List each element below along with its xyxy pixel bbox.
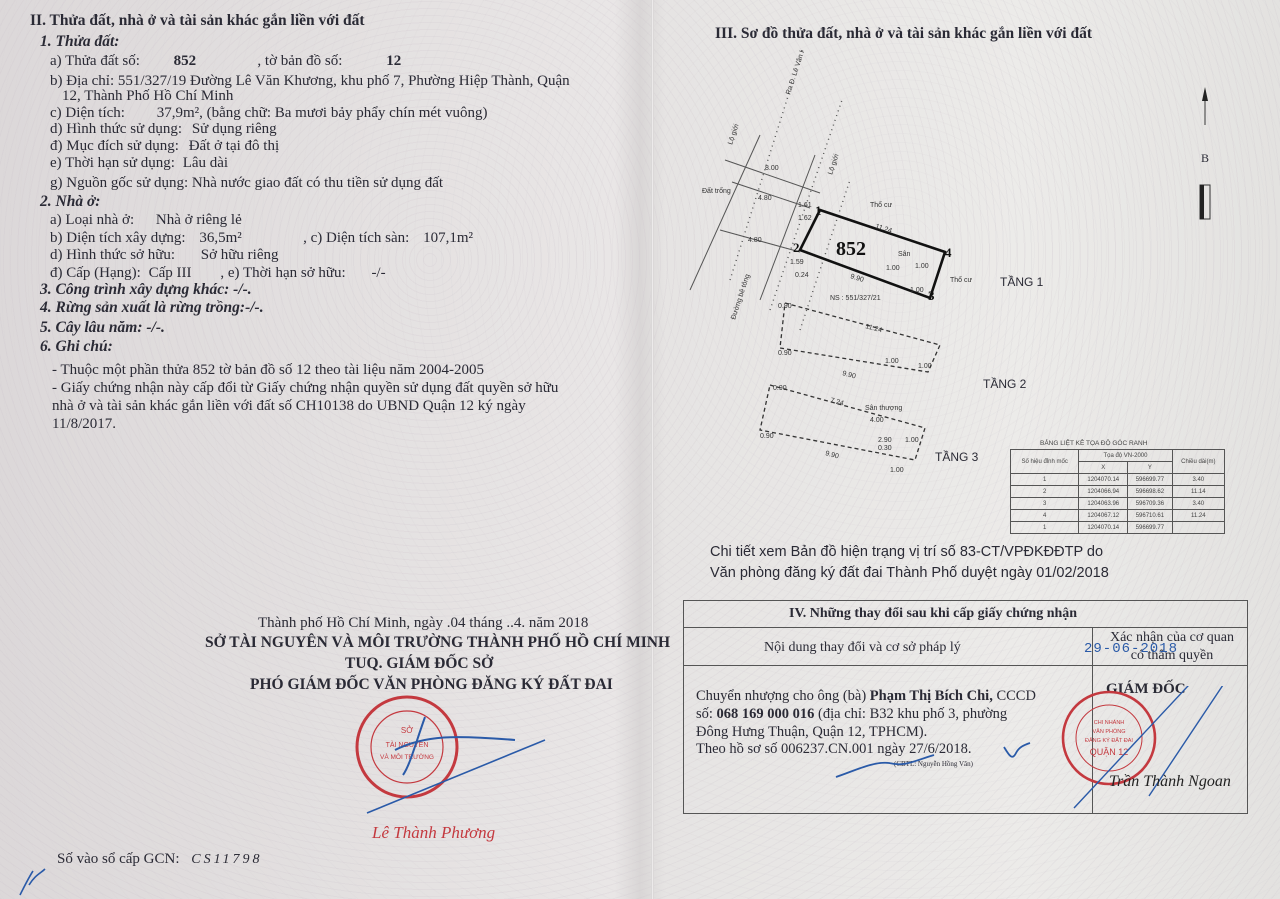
area-label: c) Diện tích: [50, 105, 125, 121]
note-1: - Thuộc một phần thửa 852 tờ bản đồ số 1… [52, 361, 484, 379]
note-2-line1: - Giấy chứng nhận này cấp đổi từ Giấy ch… [52, 379, 558, 397]
coord-x: 1204067.12 [1079, 510, 1128, 522]
svg-text:Đường bê tông: Đường bê tông [730, 273, 751, 320]
coord-length: 11.24 [1172, 510, 1224, 522]
svg-text:SỞ: SỞ [401, 726, 413, 735]
map-sheet-label: , tờ bản đồ số: [257, 53, 342, 69]
build-area-row: b) Diện tích xây dựng: 36,5m² , c) Diện … [50, 229, 473, 247]
col-coord: Tọa độ VN-2000 [1079, 450, 1172, 462]
coord-x: 1204070.14 [1079, 522, 1128, 534]
address-line2: 12, Thành Phố Hồ Chí Minh [62, 87, 233, 105]
svg-text:0.90: 0.90 [773, 385, 787, 392]
coord-length: 3.40 [1172, 498, 1224, 510]
use-purpose-value: Đất ở tại đô thị [189, 138, 279, 154]
build-area-value: 36,5m² [199, 229, 299, 247]
official-stamp-left: SỞ TÀI NGUYÊN VÀ MÔI TRƯỜNG [355, 695, 555, 840]
svg-text:Sân: Sân [898, 251, 911, 258]
coord-point: 4 [1011, 510, 1079, 522]
house-type-value: Nhà ở riêng lẻ [156, 212, 242, 228]
initial-mark [15, 865, 55, 899]
svg-text:1.00: 1.00 [910, 287, 924, 294]
entry-post: CCCD [993, 688, 1036, 704]
svg-text:1.00: 1.00 [905, 437, 919, 444]
floor-area-label: , c) Diện tích sàn: [303, 230, 409, 246]
ownership-row: d) Hình thức sở hữu: Sở hữu riêng [50, 246, 279, 264]
perennial-trees: 5. Cây lâu năm: -/-. [40, 319, 165, 337]
coord-x: 1204063.96 [1079, 498, 1128, 510]
svg-text:7.24: 7.24 [829, 397, 844, 407]
use-origin-row: g) Nguồn gốc sử dụng: Nhà nước giao đất … [50, 174, 443, 192]
coord-table-title: BẢNG LIỆT KÊ TỌA ĐỘ GÓC RANH [1040, 440, 1147, 447]
svg-text:2: 2 [793, 240, 800, 255]
confirm-date: 29-06-2018 [1084, 641, 1178, 657]
svg-text:4: 4 [945, 245, 952, 260]
svg-text:11.24: 11.24 [864, 323, 882, 334]
ownership-label: d) Hình thức sở hữu: [50, 247, 175, 263]
svg-text:VĂN PHÒNG: VĂN PHÒNG [1092, 728, 1125, 735]
land-heading: 1. Thửa đất: [40, 33, 119, 51]
svg-text:4.80: 4.80 [758, 195, 772, 202]
coord-y: 596710.61 [1128, 510, 1172, 522]
col-y: Y [1128, 462, 1172, 474]
other-construction: 3. Công trình xây dựng khác: -/-. [40, 281, 252, 299]
entry-pre: Chuyển nhượng cho ông (bà) [696, 688, 870, 704]
use-term-value: Lâu dài [183, 155, 228, 171]
svg-text:0.90: 0.90 [760, 433, 774, 440]
use-purpose-row: đ) Mục đích sử dụng: Đất ở tại đô thị [50, 137, 279, 155]
area-value: 37,9m², (bằng chữ: Ba mươi bảy phẩy chín… [157, 105, 488, 121]
col-length: Chiều dài(m) [1172, 450, 1224, 474]
floor-2-label: TẦNG 2 [983, 377, 1026, 391]
svg-text:NS : 551/327/21: NS : 551/327/21 [830, 295, 881, 302]
coord-row: 21204066.94596698.6211.14 [1011, 486, 1225, 498]
svg-text:8.00: 8.00 [765, 165, 779, 172]
section-3-title: III. Sơ đồ thửa đất, nhà ở và tài sản kh… [715, 25, 1092, 43]
coord-row: 41204067.12596710.6111.24 [1011, 510, 1225, 522]
coord-table: Số hiệu đỉnh mốc Tọa độ VN-2000 Chiều dà… [1010, 449, 1225, 534]
use-form-value: Sử dụng riêng [192, 121, 277, 137]
coord-y: 596698.62 [1128, 486, 1172, 498]
svg-text:3: 3 [928, 288, 935, 303]
svg-text:Lộ giới: Lộ giới [827, 153, 840, 176]
svg-text:4.00: 4.00 [870, 417, 884, 424]
tuq-line: TUQ. GIÁM ĐỐC SỞ [345, 655, 493, 673]
svg-text:ĐĂNG KÝ ĐẤT ĐAI: ĐĂNG KÝ ĐẤT ĐAI [1085, 737, 1133, 744]
svg-text:VÀ MÔI TRƯỜNG: VÀ MÔI TRƯỜNG [380, 752, 434, 761]
id-pre: số: [696, 706, 717, 722]
svg-text:9.90: 9.90 [849, 273, 864, 284]
coord-point: 3 [1011, 498, 1079, 510]
transferee-name: Phạm Thị Bích Chi, [870, 688, 993, 704]
issuing-org: SỞ TÀI NGUYÊN VÀ MÔI TRƯỜNG THÀNH PHỐ HỒ… [205, 634, 670, 652]
svg-text:9.90: 9.90 [824, 450, 839, 460]
svg-text:Thổ cư: Thổ cư [870, 201, 893, 209]
svg-text:1.00: 1.00 [918, 363, 932, 370]
use-origin-label: g) Nguồn gốc sử dụng: [50, 175, 188, 191]
site-plan-diagram: 8.004.804.80 1.611.621.590.24 11.249.90 … [660, 50, 1100, 490]
use-form-row: d) Hình thức sử dụng: Sử dụng riêng [50, 120, 277, 138]
house-type-label: a) Loại nhà ở: [50, 212, 134, 228]
page-fold [651, 0, 654, 899]
coord-length: 11.14 [1172, 486, 1224, 498]
use-purpose-label: đ) Mục đích sử dụng: [50, 138, 179, 154]
svg-text:1.62: 1.62 [798, 215, 812, 222]
svg-text:11.24: 11.24 [874, 223, 892, 235]
floor-1-label: TẦNG 1 [1000, 275, 1043, 289]
register-number: CS11798 [191, 852, 262, 867]
svg-text:2.90: 2.90 [878, 437, 892, 444]
use-origin-value: Nhà nước giao đất có thu tiền sử dụng đấ… [192, 175, 443, 191]
detail-note-line2: Văn phòng đăng ký đất đai Thành Phố duyệ… [710, 565, 1109, 581]
svg-text:1: 1 [815, 203, 822, 218]
coord-x: 1204070.14 [1079, 474, 1128, 486]
land-parcel-row: a) Thửa đất số: 852 , tờ bản đồ số: 12 [50, 52, 401, 70]
svg-text:Lộ giới: Lộ giới [727, 123, 740, 146]
coord-x: 1204066.94 [1079, 486, 1128, 498]
svg-text:1.59: 1.59 [790, 259, 804, 266]
coord-point: 1 [1011, 522, 1079, 534]
use-term-row: e) Thời hạn sử dụng: Lâu dài [50, 154, 228, 172]
svg-text:4.80: 4.80 [748, 237, 762, 244]
svg-text:Thổ cư: Thổ cư [950, 276, 973, 284]
official-stamp-right: CHI NHÁNH VĂN PHÒNG ĐĂNG KÝ ĐẤT ĐAI QUẬN… [1054, 686, 1249, 811]
coord-length: 3.40 [1172, 474, 1224, 486]
svg-text:Sân thượng: Sân thượng [865, 405, 902, 412]
grade-value: Cấp III [149, 264, 217, 282]
coord-row: 11204070.14596699.77 [1011, 522, 1225, 534]
coord-length [1172, 522, 1224, 534]
note-2-line3: 11/8/2017. [52, 415, 116, 433]
parcel-number: 852 [174, 52, 254, 70]
svg-text:Đất trống: Đất trống [702, 186, 731, 195]
id-post: (địa chỉ: B32 khu phố 3, phường [814, 706, 1007, 722]
svg-text:0.90: 0.90 [778, 303, 792, 310]
note-2-line2: nhà ở và tài sản khác gắn liền với đất s… [52, 397, 526, 415]
signing-date: Thành phố Hồ Chí Minh, ngày .04 tháng ..… [258, 614, 588, 632]
section-2-title: II. Thửa đất, nhà ở và tài sản khác gắn … [30, 12, 365, 30]
coord-point: 2 [1011, 486, 1079, 498]
map-sheet-number: 12 [386, 53, 401, 69]
use-form-label: d) Hình thức sử dụng: [50, 121, 182, 137]
detail-note-line1: Chi tiết xem Bản đồ hiện trạng vị trí số… [710, 544, 1103, 560]
transferee-id: 068 169 000 016 [717, 706, 815, 722]
clerk-signature [834, 741, 1034, 781]
signer-title: PHÓ GIÁM ĐỐC VĂN PHÒNG ĐĂNG KÝ ĐẤT ĐAI [250, 676, 613, 694]
svg-text:1.61: 1.61 [798, 202, 812, 209]
house-type-row: a) Loại nhà ở: Nhà ở riêng lẻ [50, 211, 242, 229]
change-entry-line3: Đông Hưng Thuận, Quận 12, TPHCM). [696, 723, 927, 741]
coord-row: 11204070.14596699.773.40 [1011, 474, 1225, 486]
north-label: B [1201, 151, 1209, 166]
register-row: Số vào sổ cấp GCN: CS11798 [57, 850, 263, 869]
register-label: Số vào sổ cấp GCN: [57, 851, 180, 867]
svg-text:CHI NHÁNH: CHI NHÁNH [1094, 719, 1125, 726]
grade-row: đ) Cấp (Hạng): Cấp III , e) Thời hạn sở … [50, 264, 386, 282]
planted-forest: 4. Rừng sản xuất là rừng trồng:-/-. [40, 299, 264, 317]
build-area-label: b) Diện tích xây dựng: [50, 230, 186, 246]
svg-text:0.90: 0.90 [778, 350, 792, 357]
coord-row: 31204063.96596709.363.40 [1011, 498, 1225, 510]
house-heading: 2. Nhà ở: [40, 193, 100, 211]
change-entry-line1: Chuyển nhượng cho ông (bà) Phạm Thị Bích… [696, 687, 1036, 705]
col-point: Số hiệu đỉnh mốc [1011, 450, 1079, 474]
signer-name-left: Lê Thành Phương [372, 823, 495, 843]
coord-y: 596699.77 [1128, 474, 1172, 486]
svg-text:1.00: 1.00 [886, 265, 900, 272]
notes-heading: 6. Ghi chú: [40, 338, 113, 356]
coord-y: 596709.36 [1128, 498, 1172, 510]
svg-text:0.30: 0.30 [878, 445, 892, 452]
change-entry-line2: số: 068 169 000 016 (địa chỉ: B32 khu ph… [696, 705, 1007, 723]
own-term-label: , e) Thời hạn sở hữu: [220, 265, 345, 281]
col-content-header: Nội dung thay đổi và cơ sở pháp lý [764, 639, 961, 657]
svg-text:Ra Đ. Lê Văn Khương: Ra Đ. Lê Văn Khương [785, 50, 813, 96]
coord-point: 1 [1011, 474, 1079, 486]
svg-text:0.24: 0.24 [795, 272, 809, 279]
floor-3-label: TẦNG 3 [935, 450, 978, 464]
svg-text:1.00: 1.00 [890, 467, 904, 474]
own-term-value: -/- [371, 265, 385, 281]
signer-name-right: Trần Thành Ngoan [1109, 773, 1231, 791]
parcel-number-label: 852 [836, 238, 866, 260]
grade-label: đ) Cấp (Hạng): [50, 265, 141, 281]
use-term-label: e) Thời hạn sử dụng: [50, 155, 175, 171]
ownership-value: Sở hữu riêng [201, 247, 279, 263]
parcel-label: a) Thửa đất số: [50, 53, 140, 69]
svg-text:9.90: 9.90 [841, 370, 856, 380]
svg-text:1.00: 1.00 [885, 358, 899, 365]
coord-y: 596699.77 [1128, 522, 1172, 534]
floor-area-value: 107,1m² [423, 230, 473, 246]
col-x: X [1079, 462, 1128, 474]
svg-text:1.00: 1.00 [915, 263, 929, 270]
changes-title: IV. Những thay đổi sau khi cấp giấy chứn… [789, 606, 1077, 622]
changes-table: IV. Những thay đổi sau khi cấp giấy chứn… [683, 600, 1248, 814]
